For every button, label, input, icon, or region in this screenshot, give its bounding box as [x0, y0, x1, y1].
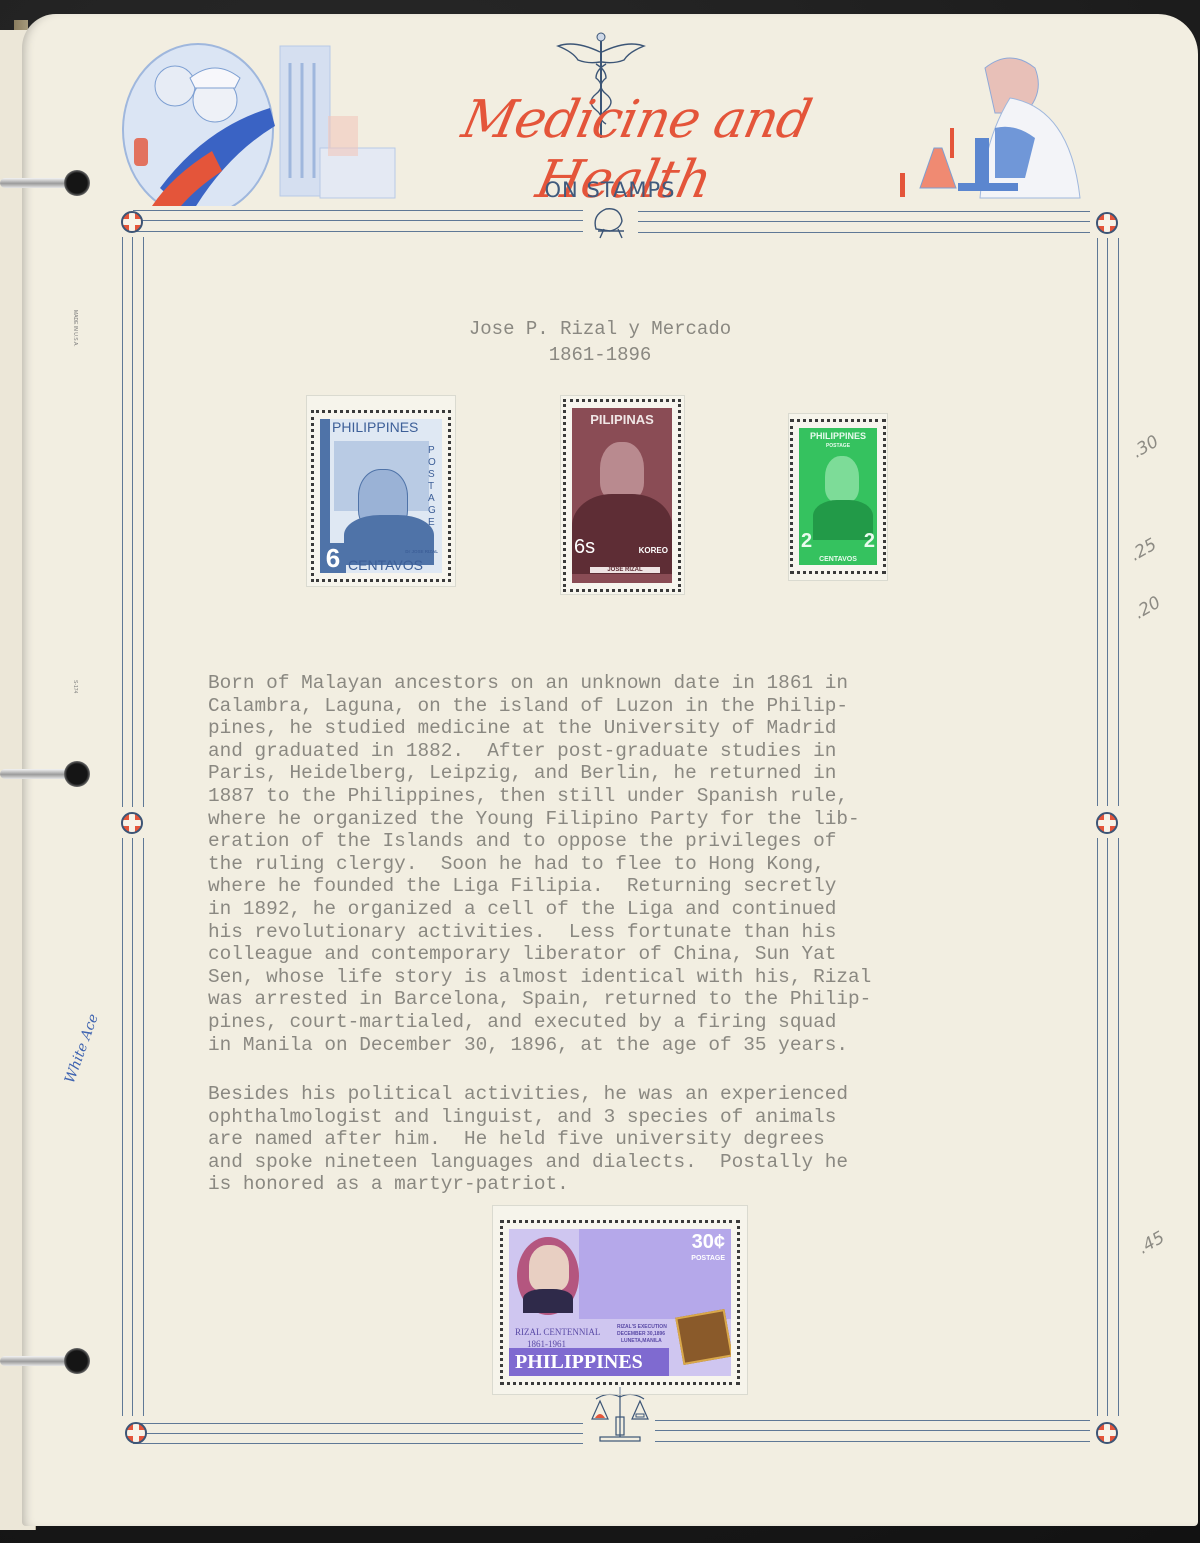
stamp-side-text: POSTAGE — [799, 443, 877, 449]
paragraph-line: in 1892, he organized a cell of the Liga… — [208, 898, 871, 921]
paragraph-line: where he founded the Liga Filipia. Retur… — [208, 875, 871, 898]
stamp-caption: JOSE RIZAL — [590, 567, 660, 573]
stamp-unit: CENTAVOS — [799, 556, 877, 563]
paragraph-line: are named after him. He held five univer… — [208, 1128, 848, 1151]
paragraph-line: his revolutionary activities. Less fortu… — [208, 921, 871, 944]
stamp-country: PILIPINAS — [572, 412, 672, 427]
red-cross-icon — [1096, 1422, 1118, 1444]
paragraph-line: where he organized the Young Filipino Pa… — [208, 808, 871, 831]
stamp-caption: RIZAL'S EXECUTION — [617, 1324, 667, 1330]
paragraph-line: and spoke nineteen languages and dialect… — [208, 1151, 848, 1174]
binder-ring-middle — [0, 763, 90, 785]
stamp-rizal-6s-pilipinas: PILIPINAS 6s KOREO JOSE RIZAL — [563, 399, 681, 592]
red-cross-icon — [1096, 212, 1118, 234]
binder-ring-top — [0, 172, 90, 194]
paragraph-line: Born of Malayan ancestors on an unknown … — [208, 672, 871, 695]
oil-lamp-icon — [590, 207, 630, 239]
stamp-caption: LUNETA,MANILA — [621, 1338, 662, 1344]
page-subtitle: ON STAMPS — [500, 178, 720, 202]
paragraph-line: eration of the Islands and to oppose the… — [208, 830, 871, 853]
stamp-value: 6 — [320, 543, 346, 573]
paragraph-line: Paris, Heidelberg, Leipzig, and Berlin, … — [208, 762, 871, 785]
red-cross-icon — [121, 812, 143, 834]
stamp-value: 6s — [574, 536, 595, 559]
paragraph-line: the ruling clergy. Soon he had to flee t… — [208, 853, 871, 876]
subject-dates: 1861-1896 — [400, 344, 800, 366]
stamp-caption: DECEMBER 30,1896 — [617, 1331, 665, 1337]
stamp-rizal-centennial-30c: 30¢ POSTAGE RIZAL CENTENNIAL 1861-1961 R… — [500, 1220, 740, 1385]
stamp-side-text: KOREO — [639, 546, 668, 555]
stamp-country: PHILIPPINES — [332, 419, 418, 435]
subject-name: Jose P. Rizal y Mercado — [400, 318, 800, 340]
page-code-imprint: S-174 — [72, 680, 78, 693]
stamp-value: 2 — [864, 530, 875, 553]
biography-paragraph-2: Besides his political activities, he was… — [208, 1083, 848, 1196]
stamp-rizal-6-centavos-blue: PHILIPPINES POSTAGE 6 CENTAVOS Dr JOSE R… — [311, 410, 451, 582]
red-cross-icon — [121, 211, 143, 233]
paragraph-line: and graduated in 1882. After post-gradua… — [208, 740, 871, 763]
stamp-side-text: POSTAGE — [691, 1255, 725, 1262]
paragraph-line: Besides his political activities, he was… — [208, 1083, 848, 1106]
stamp-rizal-2-centavos-green: PHILIPPINES POSTAGE 2 2 CENTAVOS — [790, 419, 886, 574]
stamp-value: 2 — [801, 530, 812, 553]
paragraph-line: 1887 to the Philippines, then still unde… — [208, 785, 871, 808]
stamp-caption: Dr JOSE RIZAL — [405, 549, 438, 554]
stamp-unit: CENTAVOS — [348, 557, 423, 573]
paragraph-line: pines, he studied medicine at the Univer… — [208, 717, 871, 740]
red-cross-icon — [125, 1422, 147, 1444]
stamp-country: PHILIPPINES — [799, 431, 877, 441]
paragraph-line: ophthalmologist and linguist, and 3 spec… — [208, 1106, 848, 1129]
biography-paragraph-1: Born of Malayan ancestors on an unknown … — [208, 672, 871, 1056]
paragraph-line: Calambra, Laguna, on the island of Luzon… — [208, 695, 871, 718]
doctor-nurse-illustration — [120, 38, 400, 206]
binder-ring-bottom — [0, 1350, 90, 1372]
paragraph-line: Sen, whose life story is almost identica… — [208, 966, 871, 989]
paragraph-line: is honored as a martyr-patriot. — [208, 1173, 848, 1196]
paragraph-line: pines, court-martialed, and executed by … — [208, 1011, 871, 1034]
stamp-country: PHILIPPINES — [515, 1351, 643, 1374]
stamp-value: 30¢ — [692, 1231, 725, 1254]
stamp-title: RIZAL CENTENNIAL — [515, 1327, 600, 1337]
scientist-microscope-illustration — [900, 38, 1100, 208]
paragraph-line: in Manila on December 30, 1896, at the a… — [208, 1034, 871, 1057]
paragraph-line: was arrested in Barcelona, Spain, return… — [208, 988, 871, 1011]
made-in-usa-imprint: MADE IN U.S.A. — [72, 310, 78, 347]
stamp-side-text: POSTAGE — [428, 445, 438, 529]
paragraph-line: colleague and contemporary liberator of … — [208, 943, 871, 966]
red-cross-icon — [1096, 812, 1118, 834]
